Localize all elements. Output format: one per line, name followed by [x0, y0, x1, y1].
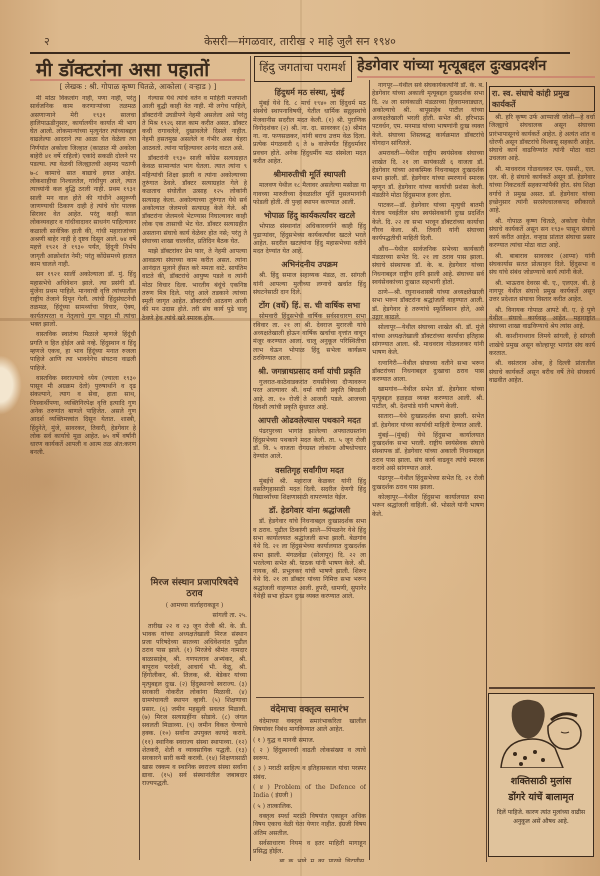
ad-line3: दिलें पाहिजे. कारण त्यांत मुलांच्या वाढी… — [491, 808, 591, 826]
article-paragraph: श्री. भाऊराव देवरस बी. ए., एलएल. बी. हे … — [489, 280, 595, 305]
rss-workers-article: रा. स्व. संघाचे कांही प्रमुख कार्यकर्ते … — [489, 83, 595, 683]
article-paragraph: मी मोठा विकलांग नाही, पणा नाही, परंतु सा… — [30, 95, 136, 269]
miraj-article: मिरज संस्थान प्रजापरिषदेचे ठराव ( आमच्या… — [142, 575, 247, 860]
article-paragraph: मुंबई—(मुंबई) येथे हिंदुसभा कार्यालयात द… — [372, 432, 484, 473]
hindu-column-title: हिंदु जगताचा परामर्श — [255, 55, 350, 79]
topic-item: ( ५ ) तात्कालिक. — [253, 803, 366, 811]
ad-line1: शक्तिसाठी मुलांस — [489, 774, 593, 787]
topic-item: ( ४ ) Problem of the Defence of India ( … — [253, 784, 366, 801]
rss-workers-body: श्री. हरि कृष्ण उर्फ आप्पाजी जोशी—हे वर्… — [489, 114, 595, 385]
headline-underline — [357, 76, 595, 78]
section-heading: श्री. जगन्नाथप्रसाद वर्मा यांची प्रकृति — [253, 366, 366, 377]
column-divider — [250, 56, 251, 861]
miraj-body: तारीख २२ व २३ जून रोजी श्री. के. डी. भाव… — [142, 623, 247, 789]
topic-item: ( ३ ) मराठी साहित्य व इतिहासकाल यांचा पर… — [253, 765, 366, 782]
article-paragraph: माझे डॉक्टरांवर प्रेम फार, ते नेहमी आपल्… — [142, 248, 247, 323]
section-heading: डॉ. हेडगेवार यांना श्रद्धांजली — [253, 505, 366, 516]
section-paragraph: सोमवारी हिंदुसभेची वार्षिक सर्वसाधारण सभ… — [253, 313, 366, 363]
vaktrutva-title: वंदेमाचा वक्तृत्व समारंभ — [253, 705, 366, 716]
section-paragraph: डॉ. हेडगेवार यांचे निधनाबद्दल दुःखप्रदर्… — [253, 518, 366, 601]
section-heading: हिंदुधर्म मठ संस्था, मुंबई — [253, 87, 366, 98]
article-paragraph: डॉक्टरांनी १९३० साली कोंग्रेस सत्याग्रहा… — [142, 155, 247, 246]
ad-line2: डोंगरे यांचें बालामृत — [489, 790, 593, 803]
paper-tear — [0, 355, 22, 415]
vaktrutva-intro: वंदेमाच्या वक्तृत्व समारंभाकरिता खालील व… — [253, 718, 366, 735]
mother-child-illustration-icon — [493, 696, 589, 768]
vaktrutva-note: वक्तृत्व स्पर्धा मराठी विषयांत एकाहून अध… — [253, 813, 366, 838]
miraj-title: मिरज संस्थान प्रजापरिषदेचे ठराव — [142, 578, 247, 600]
section-heading: टोंग (वर्धे) हिं. स. ची वार्षिक सभा — [253, 300, 366, 311]
section-heading: आपत्ती ओढवलेल्यास पथकाने मदत — [253, 415, 366, 426]
masthead-rule — [30, 52, 570, 54]
article-paragraph: श्री. वसंतराव ओक, हे दिल्ली प्रांतातील स… — [489, 360, 595, 385]
article-paragraph: वास्तविक स्वराज्याचे ध्येय (ज्याला १९३० … — [30, 375, 136, 458]
article-paragraph: श्री. हरि कृष्ण उर्फ आप्पाजी जोशी—हे वर्… — [489, 114, 595, 164]
rss-workers-title: रा. स्व. संघाचे कांही प्रमुख कार्यकर्ते — [489, 86, 595, 112]
section-paragraph: पंढरपुरच्या भागांत झालेल्या अपघातग्रस्ता… — [253, 428, 366, 461]
advertisement-balamrut: शक्तिसाठी मुलांस डोंगरे यांचें बालामृत द… — [488, 693, 594, 857]
vaktrutva-article: वंदेमाचा वक्तृत्व समारंभ वंदेमाच्या वक्त… — [253, 702, 366, 862]
article-paragraph: पंढरपूर—येथील हिंदुसभेच्या सभेत दि. २१ र… — [372, 475, 484, 492]
newspaper-page: २ केसरी—मंगळवार, तारीख २ माहे जुलै सन १९… — [0, 0, 600, 876]
article-doctor-col2: गेल्यास येथे त्यांचे वर्तन व माहिती मजपा… — [142, 95, 247, 573]
headline-hedgewar: हेडगेवार यांच्या मृत्यूबद्दल दुःखप्रदर्श… — [357, 55, 597, 75]
section-divider — [489, 687, 595, 689]
miraj-dateline: सांगली ता. २५. — [142, 612, 247, 620]
section-heading: अभिनंदनीय उपक्रम — [253, 259, 366, 270]
topic-item: ( १ ) युद्ध व मानवी समाज. — [253, 737, 366, 745]
topic-item: ( २ ) हिंदुस्थानची वाढती लोकसंख्या व त्य… — [253, 747, 366, 764]
article-paragraph: ठाणे—श्री. रघुनाथशास्त्री यांच्या अध्यक्… — [372, 289, 484, 322]
article-paragraph: श्री. गोपाळ कृष्ण चितळे, अकोला येथील संघ… — [489, 218, 595, 251]
section-divider — [256, 697, 364, 698]
section-heading: श्रीमारुतीची मूर्ति स्थापली — [253, 169, 366, 180]
miraj-source: ( आमच्या वार्ताहराकडून ) — [142, 602, 247, 610]
section-paragraph: मुंबई येथे दि. ८ मार्च १९४० ला हिंदुधर्म… — [253, 100, 366, 166]
masthead: २ केसरी—मंगळवार, तारीख २ माहे जुलै सन १९… — [30, 34, 570, 52]
article-doctor-col1: मी मोठा विकलांग नाही, पणा नाही, परंतु सा… — [30, 95, 136, 860]
article-paragraph: पाटकर—डॉ. हेडगेवार यांच्या मृत्युची बातम… — [372, 202, 484, 243]
article-paragraph: श्री. बाबाराव सावरकर (आप्पा) यांनी संघका… — [489, 253, 595, 278]
article-paragraph: गेल्यास येथे त्यांचे वर्तन व माहिती मजपा… — [142, 95, 247, 153]
column-divider — [139, 95, 140, 860]
byline: [ लेखक : श्री. गोपाळ कृष्ण चितळे, आकोला … — [48, 82, 228, 92]
article-paragraph: श्री. विनायक गोपाळ आपटे बी. ए. हे पुणे य… — [489, 307, 595, 332]
section-paragraph: भोपाळ संस्थानांत अधिकारवर्गाने काही हिंद… — [253, 223, 366, 256]
vaktrutva-note2: सर्वसाधारण नियम व इतर माहिती मागाहून प्र… — [253, 840, 366, 857]
article-paragraph: श्री. काशीनाथराव लिमये सांगली, हे सांगली… — [489, 333, 595, 358]
column-divider — [369, 80, 370, 860]
article-paragraph: सातारा—येथे दुःखप्रदर्शक सभा झाली. सभेत … — [372, 413, 484, 430]
section-paragraph: श्री. हिंदु समाज सहाय्यक मंडळ, ता. सांगल… — [253, 272, 366, 297]
masthead-title: केसरी—मंगळवार, तारीख २ माहे जुलै सन १९४० — [30, 34, 570, 49]
article-paragraph: कोल्हापूर—येथील हिंदुसभा कार्यालयात सभा … — [372, 494, 484, 519]
vaktrutva-signature: बा. कृ. भावे, म. का. पारखे, चिटणीस, वक्त… — [253, 858, 366, 862]
article-paragraph: सोलापूर—येथील संघाच्या शाखेत श्री. डॉ. म… — [372, 324, 484, 357]
section-heading: वसतिगृह सर्वांगीण मदत — [253, 465, 366, 476]
section-paragraph: मुंबईचे श्री. महाराज केळकर यांनी हिंदु व… — [253, 478, 366, 503]
section-paragraph: गुजरात-काठेवाडकरांत रायसीनेच्या दौऱ्यावर… — [253, 379, 366, 412]
column-divider — [486, 82, 487, 862]
article-paragraph: वास्तविक स्वातंत्र्य मिळाले म्हणजे हिंदू… — [30, 331, 136, 372]
hindu-column: हिंदुधर्म मठ संस्था, मुंबईमुंबई येथे दि.… — [253, 84, 366, 696]
article-paragraph: रत्नागिरी—येथील संघाच्या वतीने सभा भरून … — [372, 360, 484, 385]
headline-underline — [30, 79, 245, 81]
article-paragraph: खामगांव—येथील सभेत डॉ. हेडगेवार यांच्या … — [372, 386, 484, 411]
hedgewar-article: नागपूर—येथील सर्व संघकार्यकर्त्यांनी डॉ.… — [372, 82, 484, 862]
article-paragraph: श्री. माधवराव गोळवलकर एम. एससी., एल. एल.… — [489, 166, 595, 216]
article-paragraph: नागपूर—येथील सर्व संघकार्यकर्त्यांनी डॉ.… — [372, 82, 484, 148]
section-heading: भोपाळ हिंदु कार्यकर्त्यांवर खटले — [253, 210, 366, 221]
article-paragraph: अमरावती—येथील राष्ट्रीय स्वयंसेवक संघाच्… — [372, 150, 484, 200]
article-paragraph: सन १९२१ सालीं अकोल्याला डॉ. मुं. हिंदु म… — [30, 271, 136, 329]
vaktrutva-topics: ( १ ) युद्ध व मानवी समाज.( २ ) हिंदुस्था… — [253, 737, 366, 811]
article-paragraph: औंध—येथील सार्वजनिक सभेच्या कार्यकारी मं… — [372, 246, 484, 287]
section-paragraph: मालवण येथील १८ मैलावर असलेल्या मसोळा या … — [253, 182, 366, 207]
